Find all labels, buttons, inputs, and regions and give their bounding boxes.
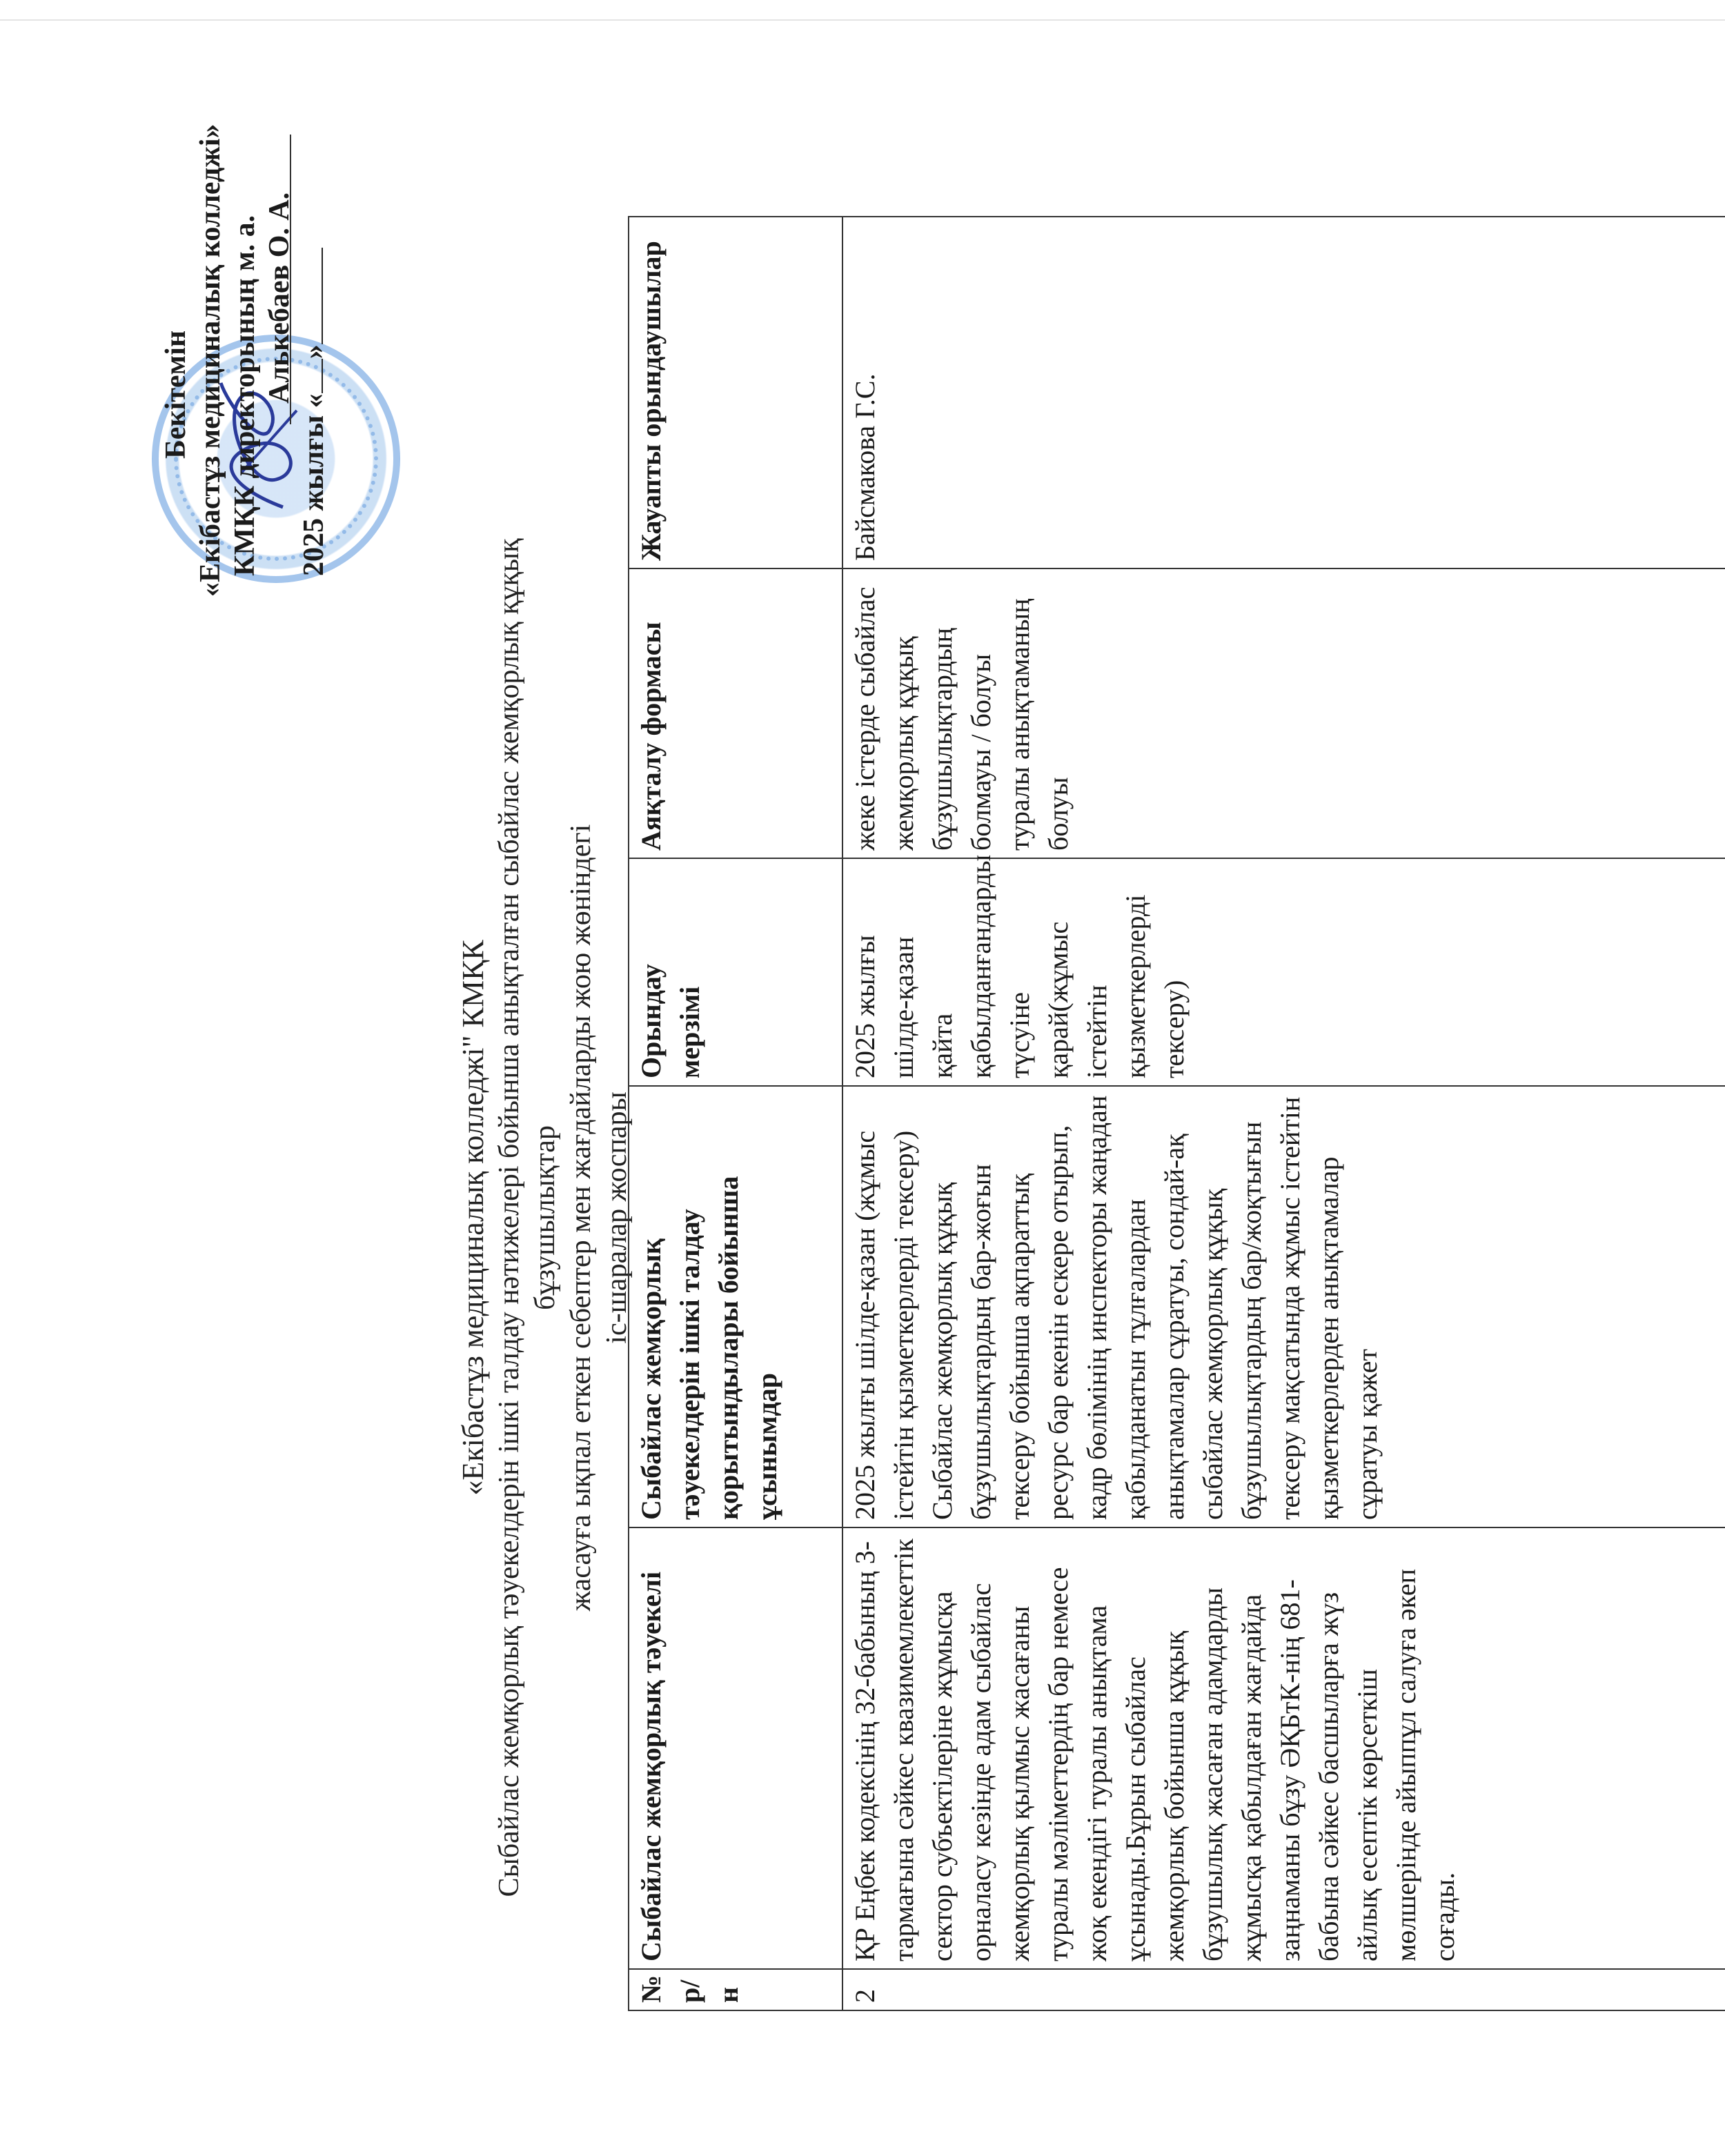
cell-responsible: Байсмакова Г.С. [842, 217, 1725, 568]
approval-date: 2025 жылғы «» [297, 114, 331, 597]
scan-edge [0, 19, 1725, 21]
approval-heading: Бекітемін [159, 114, 193, 597]
header-deadline: Орындау мерзімі [629, 858, 842, 1086]
header-number: № р/н [629, 1969, 842, 2010]
table-row: 2 ҚР Еңбек кодексінің 32-бабының 3-тарма… [842, 217, 1725, 2010]
approval-date-prefix: 2025 жылғы « [298, 393, 330, 576]
title-line-2: Сыбайлас жемқорлық тәуекелдерін ішкі тал… [491, 493, 563, 1942]
title-line-3: жасауға ықпал еткен себептер мен жағдайл… [563, 493, 599, 1942]
approval-name: Алькебаев О. А. [262, 114, 297, 597]
action-plan-table: № р/н Сыбайлас жемқорлық тәуекелі Сыбайл… [628, 216, 1725, 2011]
signature-line [290, 135, 291, 424]
cell-deadline: 2025 жылғы шілде-қазан қайта қабылданған… [842, 858, 1725, 1086]
table-header-row: № р/н Сыбайлас жемқорлық тәуекелі Сыбайл… [629, 217, 842, 2010]
month-blank [322, 248, 323, 344]
cell-recommendation: 2025 жылғы шілде-қазан (жұмыс істейтін қ… [842, 1086, 1725, 1527]
cell-risk: ҚР Еңбек кодексінің 32-бабының 3-тармағы… [842, 1527, 1725, 1969]
cell-completion-form: жеке істерде сыбайлас жемқорлық құқық бұ… [842, 568, 1725, 858]
approval-org: «Екібастұз медициналық колледжі» [193, 114, 228, 597]
header-recommendations: Сыбайлас жемқорлық тәуекелдерін ішкі тал… [629, 1086, 842, 1527]
document-title: «Екібастұз медициналық колледжі" КМҚК Сы… [455, 493, 635, 1942]
day-blank [322, 359, 323, 393]
approval-block: Бекітемін «Екібастұз медициналық колледж… [159, 114, 331, 597]
header-responsible: Жауапты орындаушылар [629, 217, 842, 568]
approval-date-suffix: » [298, 344, 330, 359]
header-completion-form: Аяқталу формасы [629, 568, 842, 858]
header-risk: Сыбайлас жемқорлық тәуекелі [629, 1527, 842, 1969]
title-line-1: «Екібастұз медициналық колледжі" КМҚК [455, 493, 491, 1942]
cell-number: 2 [842, 1969, 1725, 2010]
approval-position: КМҚК директорының м. а. [228, 114, 262, 597]
rotated-page: Бекітемін «Екібастұз медициналық колледж… [97, 79, 1615, 2149]
